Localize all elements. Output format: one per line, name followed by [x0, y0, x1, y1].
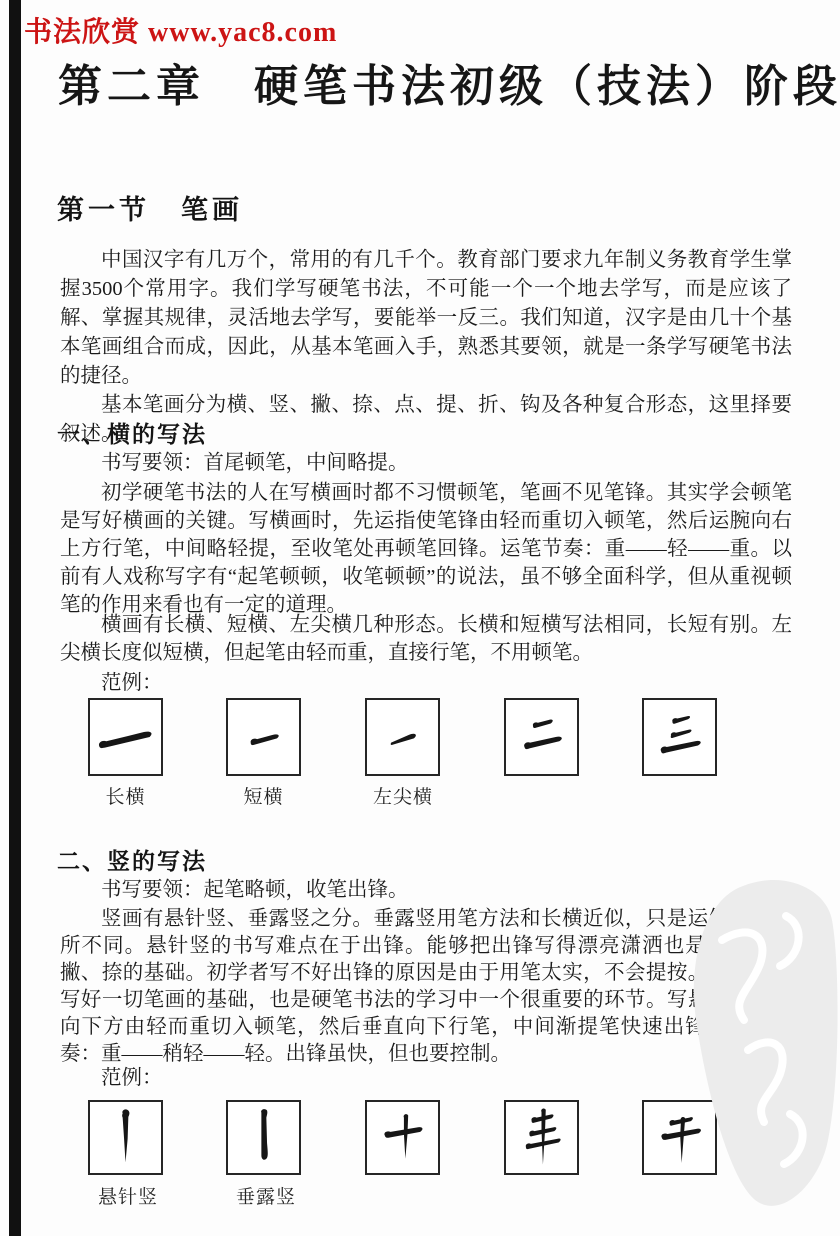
char-feng-glyph [506, 1102, 577, 1173]
example-label-long-horizontal: 长横 [88, 782, 163, 809]
horizontal-body-1: 初学硬笔书法的人在写横画时都不习惯顿笔，笔画不见笔锋。其实学会顿笔是写好横画的关… [60, 479, 792, 619]
book-page: 书法欣赏 www.yac8.com 第二章 硬笔书法初级（技法）阶段 第一节 笔… [0, 0, 840, 1236]
scan-ghost-watermark [688, 878, 840, 1223]
example-label-needle-vertical: 悬针竖 [83, 1182, 173, 1209]
intro-paragraph-1: 中国汉字有几万个，常用的有几千个。教育部门要求九年制义务教育学生掌握3500个常… [60, 246, 792, 391]
stroke-left-tip-horizontal-glyph [367, 700, 438, 774]
stroke-dewdrop-vertical-glyph [228, 1102, 299, 1173]
char-san-glyph [644, 700, 715, 774]
example-box-needle-vertical [88, 1100, 163, 1175]
stroke-short-horizontal-glyph [228, 700, 299, 774]
chapter-title: 第二章 硬笔书法初级（技法）阶段 [58, 50, 818, 114]
example-box-long-horizontal [88, 698, 163, 776]
example-label-dewdrop-vertical: 垂露竖 [221, 1182, 311, 1209]
example-box-left-tip-horizontal [365, 698, 440, 776]
horizontal-paragraph-1: 初学硬笔书法的人在写横画时都不习惯顿笔，笔画不见笔锋。其实学会顿笔是写好横画的关… [60, 479, 792, 619]
example-box-feng [504, 1100, 579, 1175]
vertical-paragraph-1: 竖画有悬针竖、垂露竖之分。垂露竖用笔方法和长横近似，只是运笔方向有所不同。悬针竖… [60, 906, 792, 1068]
heading-horizontal-stroke: 一、横的写法 [57, 416, 207, 449]
horizontal-paragraph-2: 横画有长横、短横、左尖横几种形态。长横和短横写法相同，长短有别。左尖横长度似短横… [60, 611, 792, 667]
example-label-short-horizontal: 短横 [226, 782, 301, 809]
stroke-long-horizontal-glyph [90, 700, 161, 774]
horizontal-body-2: 横画有长横、短横、左尖横几种形态。长横和短横写法相同，长短有别。左尖横长度似短横… [60, 611, 792, 667]
vertical-body: 竖画有悬针竖、垂露竖之分。垂露竖用笔方法和长横近似，只是运笔方向有所不同。悬针竖… [60, 906, 792, 1068]
example-box-er [504, 698, 579, 776]
example-box-san [642, 698, 717, 776]
essentials-horizontal: 书写要领：首尾顿笔，中间略提。 [60, 449, 792, 477]
example-label-left-tip-horizontal: 左尖横 [358, 782, 448, 809]
site-watermark-text: 书法欣赏 www.yac8.com [24, 10, 337, 50]
scan-binding-edge [9, 0, 21, 1236]
example-caption-horizontal: 范例： [60, 669, 792, 698]
char-shi-glyph [367, 1102, 438, 1173]
heading-vertical-stroke: 二、竖的写法 [57, 843, 207, 876]
example-box-shi [365, 1100, 440, 1175]
example-box-dewdrop-vertical [226, 1100, 301, 1175]
example-box-short-horizontal [226, 698, 301, 776]
stroke-needle-vertical-glyph [90, 1102, 161, 1173]
section-title: 第一节 笔画 [57, 188, 243, 227]
essentials-vertical: 书写要领：起笔略顿，收笔出锋。 [60, 876, 792, 904]
example-caption-vertical: 范例： [60, 1064, 792, 1093]
char-er-glyph [506, 700, 577, 774]
